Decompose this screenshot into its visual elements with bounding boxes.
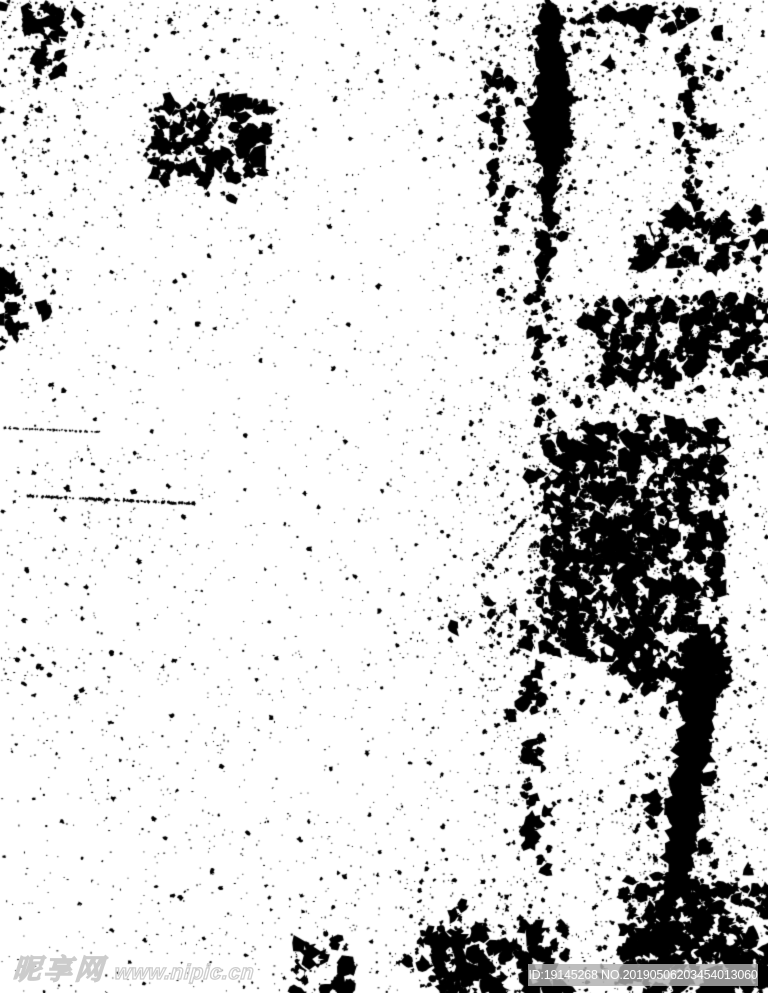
texture-image: 昵享网 www.nipic.cn ID:19145268 NO.20190506… — [0, 0, 768, 993]
grunge-texture-canvas — [0, 0, 768, 993]
